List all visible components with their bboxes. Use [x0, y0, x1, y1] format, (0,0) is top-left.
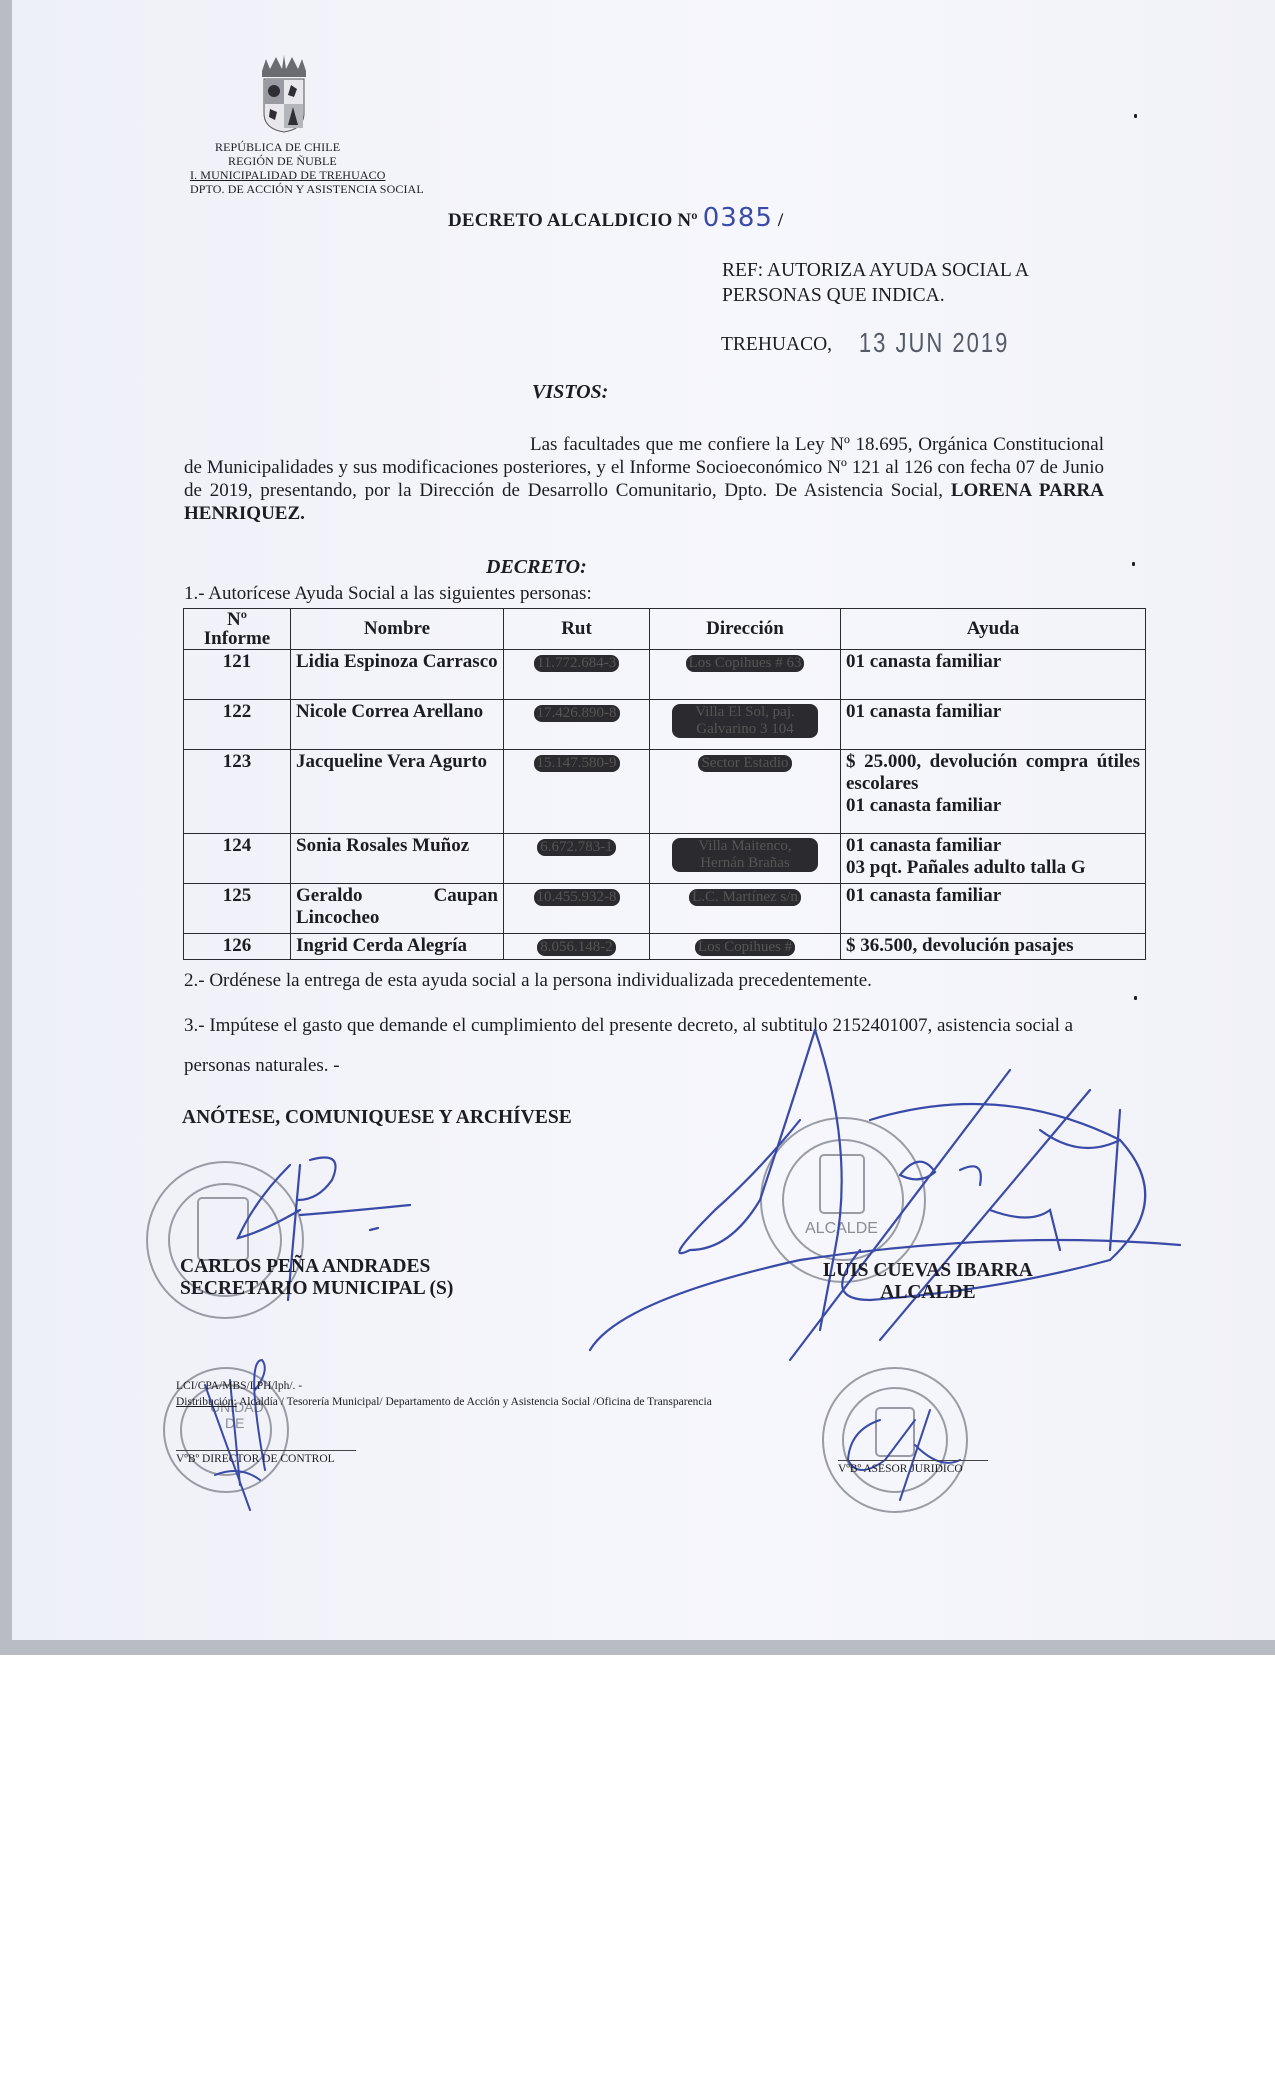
place-label: TREHUACO, [721, 334, 832, 355]
decree-number-suffix: / [778, 210, 783, 231]
table-row: 123 Jacqueline Vera Agurto 15.147.580-9 … [184, 750, 1146, 834]
vistos-paragraph: Las facultades que me confiere la Ley Nº… [184, 433, 1104, 525]
cell-nombre: Sonia Rosales Muñoz [291, 834, 504, 884]
decree-item-2: 2.- Ordénese la entrega de esta ayuda so… [184, 970, 872, 992]
cell-rut: 8.056.148-2 [504, 934, 650, 960]
redacted-rut: 11.772.684-3 [534, 655, 619, 672]
secretary-role: SECRETARIO MUNICIPAL (S) [180, 1278, 453, 1300]
cell-direccion: L.C. Martínez s/n [650, 884, 841, 934]
scan-speck [1134, 996, 1137, 1000]
cell-direccion: Los Copihues # 63 [650, 650, 841, 700]
legal-signature-line [838, 1460, 988, 1461]
signature-block-secretary: CARLOS PEÑA ANDRADES SECRETARIO MUNICIPA… [180, 1256, 453, 1300]
scan-speck [1132, 562, 1135, 566]
header-department: DPTO. DE ACCIÓN Y ASISTENCIA SOCIAL [190, 183, 424, 196]
cell-ayuda: 01 canasta familiar03 pqt. Pañales adult… [841, 834, 1146, 884]
coat-of-arms-icon [258, 55, 310, 133]
col-header-ayuda: Ayuda [841, 609, 1146, 650]
redacted-direccion: Los Copihues # [695, 939, 795, 956]
cell-nombre: Ingrid Cerda Alegría [291, 934, 504, 960]
decreto-heading: DECRETO: [486, 556, 587, 579]
header-municipality: I. MUNICIPALIDAD DE TREHUACO [190, 169, 385, 182]
redacted-rut: 10.455.932-8 [534, 889, 620, 906]
cell-ayuda: 01 canasta familiar [841, 700, 1146, 750]
cell-num: 124 [184, 834, 291, 884]
col-header-nombre: Nombre [291, 609, 504, 650]
decree-item-1: 1.- Autorícese Ayuda Social a las siguie… [184, 583, 592, 605]
drafting-initials: LCI/CPA/MBS/LPH/lph/. - [176, 1380, 302, 1392]
decree-number-handwritten: 0385 [703, 203, 773, 233]
header-republic: REPÚBLICA DE CHILE [215, 141, 340, 154]
col-header-direccion: Dirección [650, 609, 841, 650]
redacted-direccion: Villa El Sol, paj. Galvarino 3 104 [672, 704, 818, 738]
signature-block-mayor: LUIS CUEVAS IBARRA ALCALDE [823, 1260, 1033, 1304]
reference-line-2: PERSONAS QUE INDICA. [722, 283, 1029, 308]
cell-nombre: Jacqueline Vera Agurto [291, 750, 504, 834]
cell-nombre: Lidia Espinoza Carrasco [291, 650, 504, 700]
decree-title-label: DECRETO ALCALDICIO Nº [448, 210, 698, 231]
redacted-direccion: Los Copihues # 63 [686, 655, 805, 672]
cell-rut: 11.772.684-3 [504, 650, 650, 700]
table-row: 122 Nicole Correa Arellano 17.426.890-8 … [184, 700, 1146, 750]
redacted-direccion: Villa Maitenco, Hernán Brañas [672, 838, 818, 872]
mayor-role: ALCALDE [823, 1282, 1033, 1304]
redacted-rut: 17.426.890-8 [534, 705, 620, 722]
vb-asesor-juridico: VºBº ASESOR JURIDICO [838, 1463, 963, 1475]
cell-ayuda: $ 36.500, devolución pasajes [841, 934, 1146, 960]
cell-direccion: Villa Maitenco, Hernán Brañas [650, 834, 841, 884]
cell-num: 122 [184, 700, 291, 750]
col-header-num: NºInforme [184, 609, 291, 650]
cell-rut: 15.147.580-9 [504, 750, 650, 834]
table-row: 125 Geraldo Caupan Lincocheo 10.455.932-… [184, 884, 1146, 934]
place-date: TREHUACO, 13 JUN 2019 [721, 330, 1009, 356]
date-stamp: 13 JUN 2019 [859, 327, 1009, 360]
decree-title: DECRETO ALCALDICIO Nº 0385 / [448, 203, 783, 233]
cell-num: 126 [184, 934, 291, 960]
cell-num: 123 [184, 750, 291, 834]
cell-ayuda: $ 25.000, devolución compra útiles escol… [841, 750, 1146, 834]
cell-num: 121 [184, 650, 291, 700]
control-signature-line [176, 1450, 356, 1451]
redacted-rut: 6.672.783-1 [537, 839, 616, 856]
cell-num: 125 [184, 884, 291, 934]
distribution-list: Distribución: Alcaldía / Tesorería Munic… [176, 1396, 712, 1408]
cell-rut: 17.426.890-8 [504, 700, 650, 750]
closing-formula: ANÓTESE, COMUNIQUESE Y ARCHÍVESE [182, 1107, 572, 1129]
vb-director-control: VºBº DIRECTOR DE CONTROL [176, 1453, 335, 1465]
table-row: 126 Ingrid Cerda Alegría 8.056.148-2 Los… [184, 934, 1146, 960]
reference-block: REF: AUTORIZA AYUDA SOCIAL A PERSONAS QU… [722, 258, 1029, 308]
redacted-rut: 15.147.580-9 [534, 755, 620, 772]
decree-item-3: 3.- Impútese el gasto que demande el cum… [184, 1006, 1104, 1086]
aid-table: NºInforme Nombre Rut Dirección Ayuda 121… [183, 608, 1146, 960]
scan-speck [1134, 114, 1137, 118]
col-header-rut: Rut [504, 609, 650, 650]
cell-ayuda: 01 canasta familiar [841, 650, 1146, 700]
cell-direccion: Los Copihues # [650, 934, 841, 960]
cell-ayuda: 01 canasta familiar [841, 884, 1146, 934]
table-row: 121 Lidia Espinoza Carrasco 11.772.684-3… [184, 650, 1146, 700]
header-region: REGIÓN DE ÑUBLE [228, 155, 337, 168]
distribution-recipients: Alcaldía / Tesorería Municipal/ Departam… [237, 1396, 712, 1408]
redacted-rut: 8.056.148-2 [537, 939, 616, 956]
reference-line-1: REF: AUTORIZA AYUDA SOCIAL A [722, 258, 1029, 283]
table-header-row: NºInforme Nombre Rut Dirección Ayuda [184, 609, 1146, 650]
cell-rut: 10.455.932-8 [504, 884, 650, 934]
vistos-heading: VISTOS: [532, 381, 608, 404]
cell-direccion: Villa El Sol, paj. Galvarino 3 104 [650, 700, 841, 750]
cell-nombre: Nicole Correa Arellano [291, 700, 504, 750]
mayor-name: LUIS CUEVAS IBARRA [823, 1260, 1033, 1282]
secretary-name: CARLOS PEÑA ANDRADES [180, 1256, 453, 1278]
cell-rut: 6.672.783-1 [504, 834, 650, 884]
cell-direccion: Sector Estadio [650, 750, 841, 834]
cell-nombre: Geraldo Caupan Lincocheo [291, 884, 504, 934]
table-row: 124 Sonia Rosales Muñoz 6.672.783-1 Vill… [184, 834, 1146, 884]
redacted-direccion: L.C. Martínez s/n [689, 889, 801, 906]
distribution-label: Distribución: [176, 1396, 237, 1408]
redacted-direccion: Sector Estadio [698, 755, 791, 772]
